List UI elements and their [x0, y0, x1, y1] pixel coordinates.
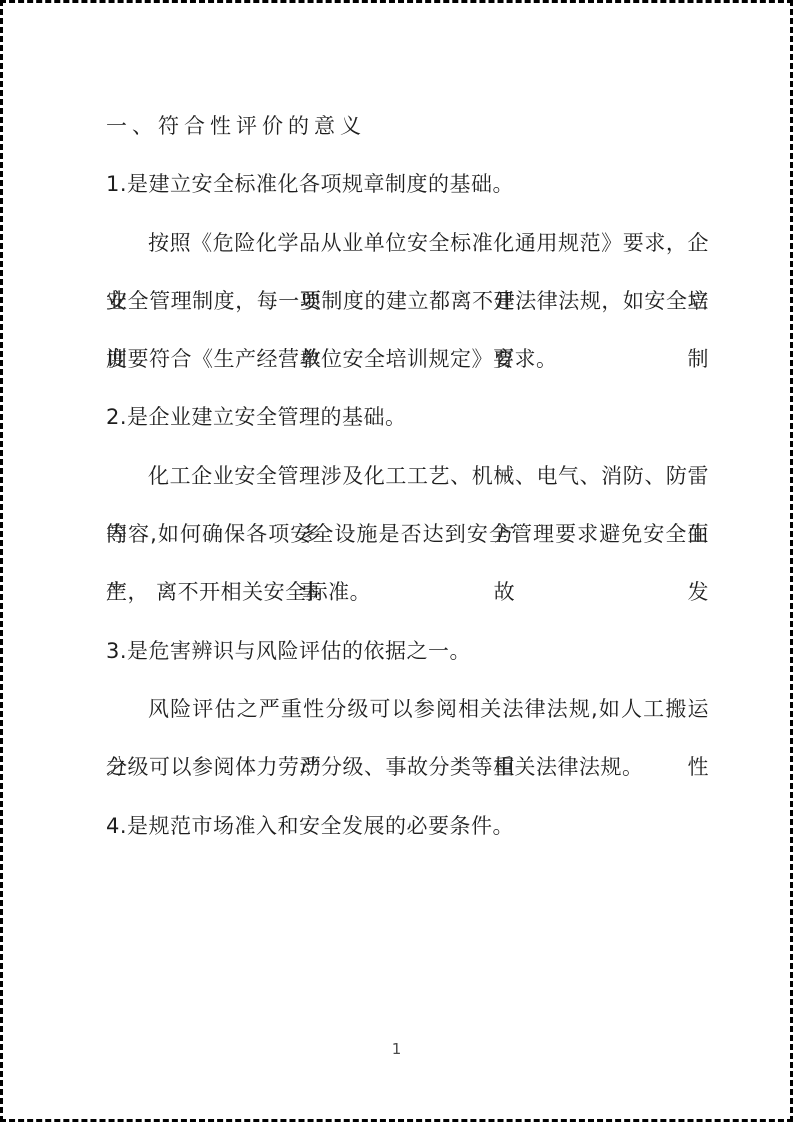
- paragraph-line-2: 按照《危险化学品从业单位安全标准化通用规范》要求，企业要建立: [106, 214, 709, 272]
- paragraph-line-1: 1.是建立安全标准化各项规章制度的基础。: [106, 155, 709, 213]
- paragraph-line-10: 风险评估之严重性分级可以参阅相关法律法规,如人工搬运之严重性: [106, 680, 709, 738]
- paragraph-line-12: 4.是规范市场准入和安全发展的必要条件。: [106, 797, 709, 855]
- paragraph-line-7: 内容,如何确保各项安全设施是否达到安全管理要求避免安全生产事故发: [106, 505, 709, 563]
- paragraph-line-3: 安全管理制度，每一项制度的建立都离不开法律法规，如安全培训教育制: [106, 272, 709, 330]
- paragraph-line-11: 分级可以参阅体力劳动分级、事故分类等相关法律法规。: [106, 738, 709, 796]
- paragraph-line-6: 化工企业安全管理涉及化工工艺、机械、电气、消防、防雷等多方面: [106, 447, 709, 505]
- document-body: 一、符合性评价的意义 1.是建立安全标准化各项规章制度的基础。 按照《危险化学品…: [106, 97, 709, 855]
- paragraph-line-5: 2.是企业建立安全管理的基础。: [106, 388, 709, 446]
- paragraph-line-9: 3.是危害辨识与风险评估的依据之一。: [106, 622, 709, 680]
- section-heading: 一、符合性评价的意义: [106, 97, 709, 155]
- page-number: 1: [3, 1039, 790, 1059]
- document-page: 一、符合性评价的意义 1.是建立安全标准化各项规章制度的基础。 按照《危险化学品…: [0, 0, 793, 1122]
